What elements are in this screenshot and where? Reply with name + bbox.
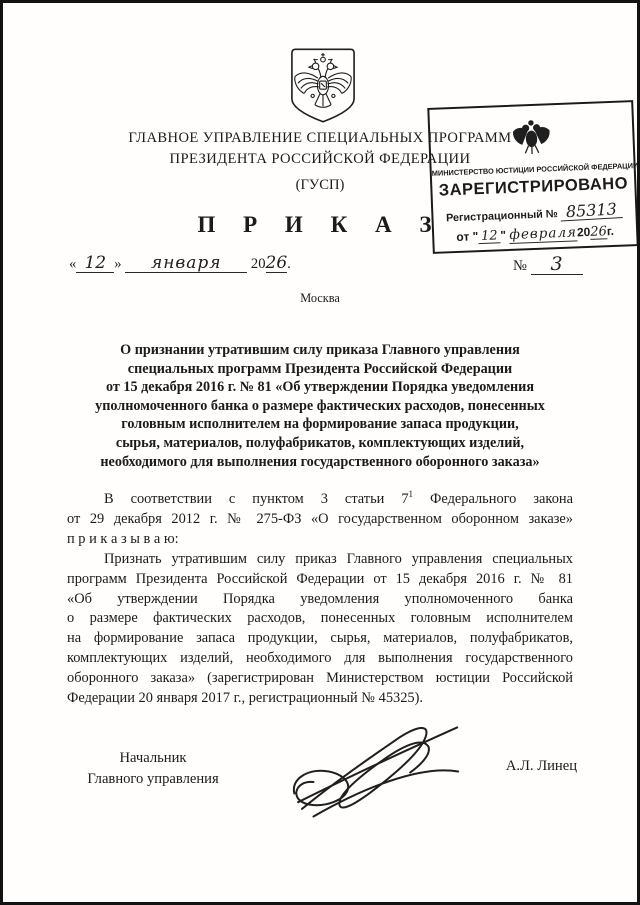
stamp-day-handwritten: 12 [478,229,501,244]
title-line: уполномоченного банка о размере фактичес… [61,397,579,416]
stamp-registered-text: ЗАРЕГИСТРИРОВАНО [432,174,635,201]
stamp-year-suffix: г. [607,224,615,238]
body-line: п р и к а з ы в а ю: [67,530,573,550]
date-quote-close: » [114,256,121,272]
body-text: В соответствии с пунктом 3 статьи 7 [104,491,409,507]
title-line: специальных программ Президента Российск… [61,360,579,379]
order-body: В соответствии с пунктом 3 статьи 71 Фед… [67,490,573,709]
body-line: от 29 декабря 2012 г. № 275-ФЗ «О госуда… [67,510,573,530]
order-number-line: № 3 [513,255,583,275]
stamp-eagle-icon [510,114,554,162]
order-date-line: «12» января 2026. [69,255,291,273]
stamp-date-line: от "12" февраля2026г. [434,223,636,246]
date-day-handwritten: 12 [76,255,114,273]
number-value-handwritten: 3 [531,255,583,275]
stamp-year-handwritten: 26 [590,225,607,240]
number-label: № [513,258,527,274]
document-page: ГЛАВНОЕ УПРАВЛЕНИЕ СПЕЦИАЛЬНЫХ ПРОГРАММ … [0,0,640,905]
stamp-from-label: от [456,229,469,243]
title-line: головным исполнителем на формирование за… [61,415,579,434]
stamp-year-printed: 20 [577,225,591,240]
body-line: В соответствии с пунктом 3 статьи 71 Фед… [67,490,573,510]
body-line: на формирование запаса продукции, сырья,… [67,629,573,649]
city-label: Москва [3,291,637,306]
body-line: комплектующих изделий, необходимого для … [67,649,573,669]
date-year-handwritten: 26 [266,255,288,273]
title-line: необходимого для выполнения государствен… [61,453,579,472]
stamp-reg-label: Регистрационный № [446,208,558,224]
title-line: О признании утратившим силу приказа Глав… [61,341,579,360]
body-line: Признать утратившим силу приказ Главного… [67,550,573,570]
title-line: сырья, материалов, полуфабрикатов, компл… [61,434,579,453]
coat-of-arms-icon [286,47,360,127]
date-month-handwritten: января [125,255,247,273]
body-line: «Об утверждении Порядка уведомления упол… [67,590,573,610]
signer-name: А.Л. Линец [3,758,577,775]
title-line: от 15 декабря 2016 г. № 81 «Об утвержден… [61,378,579,397]
date-quote-open: « [69,256,76,272]
date-year-printed: 20 [251,256,266,272]
body-text: Федерального закона [413,491,573,507]
stamp-quote-close: " [500,228,506,242]
body-line: оборонного заказа» (зарегистрирован Мини… [67,669,573,689]
body-line: о размере фактических расходов, понесенн… [67,609,573,629]
stamp-month-handwritten: февраля [509,226,577,243]
body-line: Федерации 20 января 2017 г., регистрацио… [67,689,573,709]
registration-stamp: МИНИСТЕРСТВО ЮСТИЦИИ РОССИЙСКОЙ ФЕДЕРАЦИ… [427,100,638,254]
stamp-registration-number-line: Регистрационный № 85313 [433,201,636,226]
date-suffix: . [287,256,291,272]
order-title: О признании утратившим силу приказа Глав… [61,341,579,471]
body-line: программ Президента Российской Федерации… [67,570,573,590]
stamp-reg-number-handwritten: 85313 [560,201,623,221]
